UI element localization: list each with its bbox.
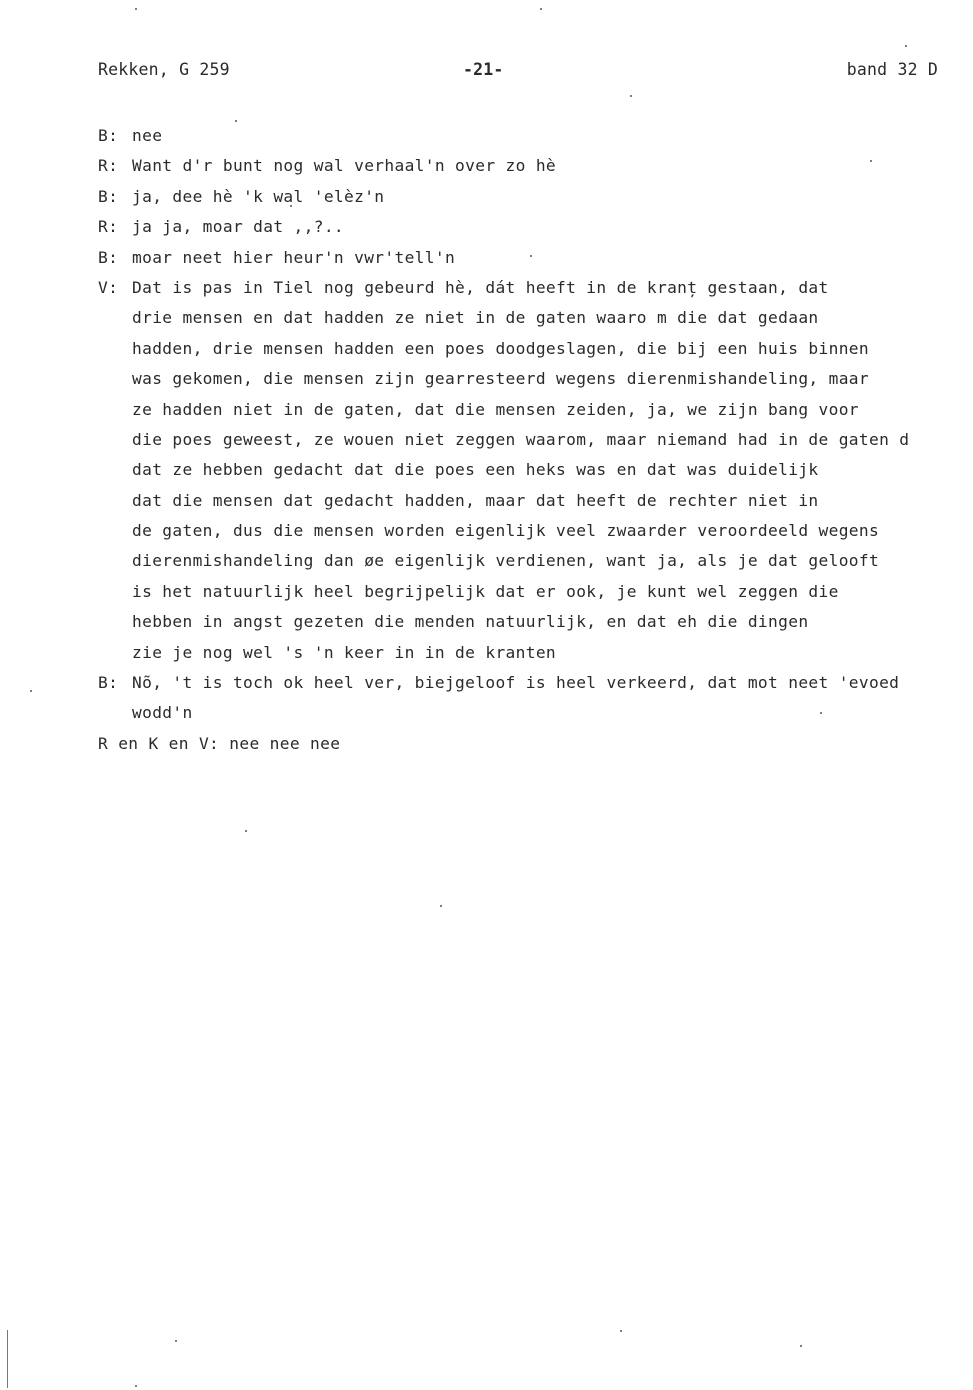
scan-speck [630, 95, 632, 97]
page-header: Rekken, G 259 -21- band 32 D [98, 60, 938, 86]
speaker-turn: V:Dat is pas in Tiel nog gebeurd hè, dát… [98, 273, 958, 303]
speaker-label: B: [98, 668, 132, 698]
scan-speck [175, 1340, 177, 1342]
scan-speck [620, 1330, 622, 1332]
utterance-text: Nõ, 't is toch ok heel ver, biejgeloof i… [132, 673, 899, 692]
utterance-text: drie mensen en dat hadden ze niet in de … [132, 308, 819, 327]
speaker-turn: R:ja ja, moar dat ,,?.. [98, 212, 958, 242]
utterance-text: nee [132, 126, 162, 145]
utterance-text: hadden, drie mensen hadden een poes dood… [132, 339, 869, 358]
utterance-text: Dat is pas in Tiel nog gebeurd hè, dát h… [132, 278, 829, 297]
speaker-turn: B:ja, dee hè 'k wal 'elèz'n [98, 182, 958, 212]
utterance-text: dierenmishandeling dan øe eigenlijk verd… [132, 551, 879, 570]
speaker-turn: R en K en V: nee nee nee [98, 729, 958, 759]
scan-speck [135, 8, 137, 10]
speaker-label: R: [98, 151, 132, 181]
utterance-text: was gekomen, die mensen zijn gearresteer… [132, 369, 869, 388]
speaker-turn-continuation: drie mensen en dat hadden ze niet in de … [98, 303, 958, 333]
utterance-text: zie je nog wel 's 'n keer in in de krant… [132, 643, 556, 662]
speaker-turn: B:moar neet hier heur'n vwr'tell'n [98, 243, 958, 273]
utterance-text: Want d'r bunt nog wal verhaal'n over zo … [132, 156, 556, 175]
speaker-turn: B:Nõ, 't is toch ok heel ver, biejgeloof… [98, 668, 958, 698]
speaker-label: R: [98, 212, 132, 242]
speaker-turn-continuation: wodd'n [98, 698, 958, 728]
scan-speck [135, 1385, 137, 1387]
utterance-text: ze hadden niet in de gaten, dat die mens… [132, 400, 859, 419]
speaker-turn-continuation: was gekomen, die mensen zijn gearresteer… [98, 364, 958, 394]
scan-speck [820, 712, 822, 714]
speaker-turn-continuation: hebben in angst gezeten die menden natuu… [98, 607, 958, 637]
speaker-turn-continuation: is het natuurlijk heel begrijpelijk dat … [98, 577, 958, 607]
speaker-turn-continuation: dat die mensen dat gedacht hadden, maar … [98, 486, 958, 516]
utterance-text: is het natuurlijk heel begrijpelijk dat … [132, 582, 839, 601]
scan-speck [870, 160, 872, 162]
scan-speck [235, 120, 237, 122]
utterance-text: ja ja, moar dat ,,?.. [132, 217, 344, 236]
utterance-text: dat die mensen dat gedacht hadden, maar … [132, 491, 819, 510]
scan-speck [540, 8, 542, 10]
speaker-label: B: [98, 243, 132, 273]
scan-speck [530, 255, 532, 257]
utterance-text: nee nee nee [229, 734, 340, 753]
utterance-text: dat ze hebben gedacht dat die poes een h… [132, 460, 819, 479]
scan-speck [30, 690, 32, 692]
utterance-text: de gaten, dus die mensen worden eigenlij… [132, 521, 879, 540]
utterance-text: die poes geweest, ze wouen niet zeggen w… [132, 430, 909, 449]
scan-edge-line [7, 1330, 8, 1388]
speaker-label: R en K en V: [98, 734, 219, 753]
utterance-text: moar neet hier heur'n vwr'tell'n [132, 248, 455, 267]
speaker-turn: B:nee [98, 121, 958, 151]
scan-speck [290, 205, 292, 207]
scan-speck [245, 830, 247, 832]
utterance-text: ja, dee hè 'k wal 'elèz'n [132, 187, 384, 206]
speaker-turn-continuation: dat ze hebben gedacht dat die poes een h… [98, 455, 958, 485]
speaker-turn-continuation: hadden, drie mensen hadden een poes dood… [98, 334, 958, 364]
speaker-turn-continuation: de gaten, dus die mensen worden eigenlij… [98, 516, 958, 546]
scan-speck [800, 1345, 802, 1347]
location-code: Rekken, G 259 [98, 60, 230, 79]
speaker-label: V: [98, 273, 132, 303]
scan-speck [905, 45, 907, 47]
scan-speck [440, 905, 442, 907]
tape-reference: band 32 D [847, 60, 938, 79]
speaker-label: B: [98, 182, 132, 212]
speaker-turn-continuation: die poes geweest, ze wouen niet zeggen w… [98, 425, 958, 455]
utterance-text: wodd'n [132, 703, 193, 722]
speaker-turn-continuation: ze hadden niet in de gaten, dat die mens… [98, 395, 958, 425]
interview-transcript: B:neeR:Want d'r bunt nog wal verhaal'n o… [98, 121, 958, 759]
typewritten-transcript-page: Rekken, G 259 -21- band 32 D B:neeR:Want… [0, 0, 973, 1390]
utterance-text: hebben in angst gezeten die menden natuu… [132, 612, 808, 631]
page-number: -21- [463, 60, 504, 79]
speaker-turn-continuation: dierenmishandeling dan øe eigenlijk verd… [98, 546, 958, 576]
speaker-turn: R:Want d'r bunt nog wal verhaal'n over z… [98, 151, 958, 181]
speaker-label: B: [98, 121, 132, 151]
speaker-turn-continuation: zie je nog wel 's 'n keer in in de krant… [98, 638, 958, 668]
